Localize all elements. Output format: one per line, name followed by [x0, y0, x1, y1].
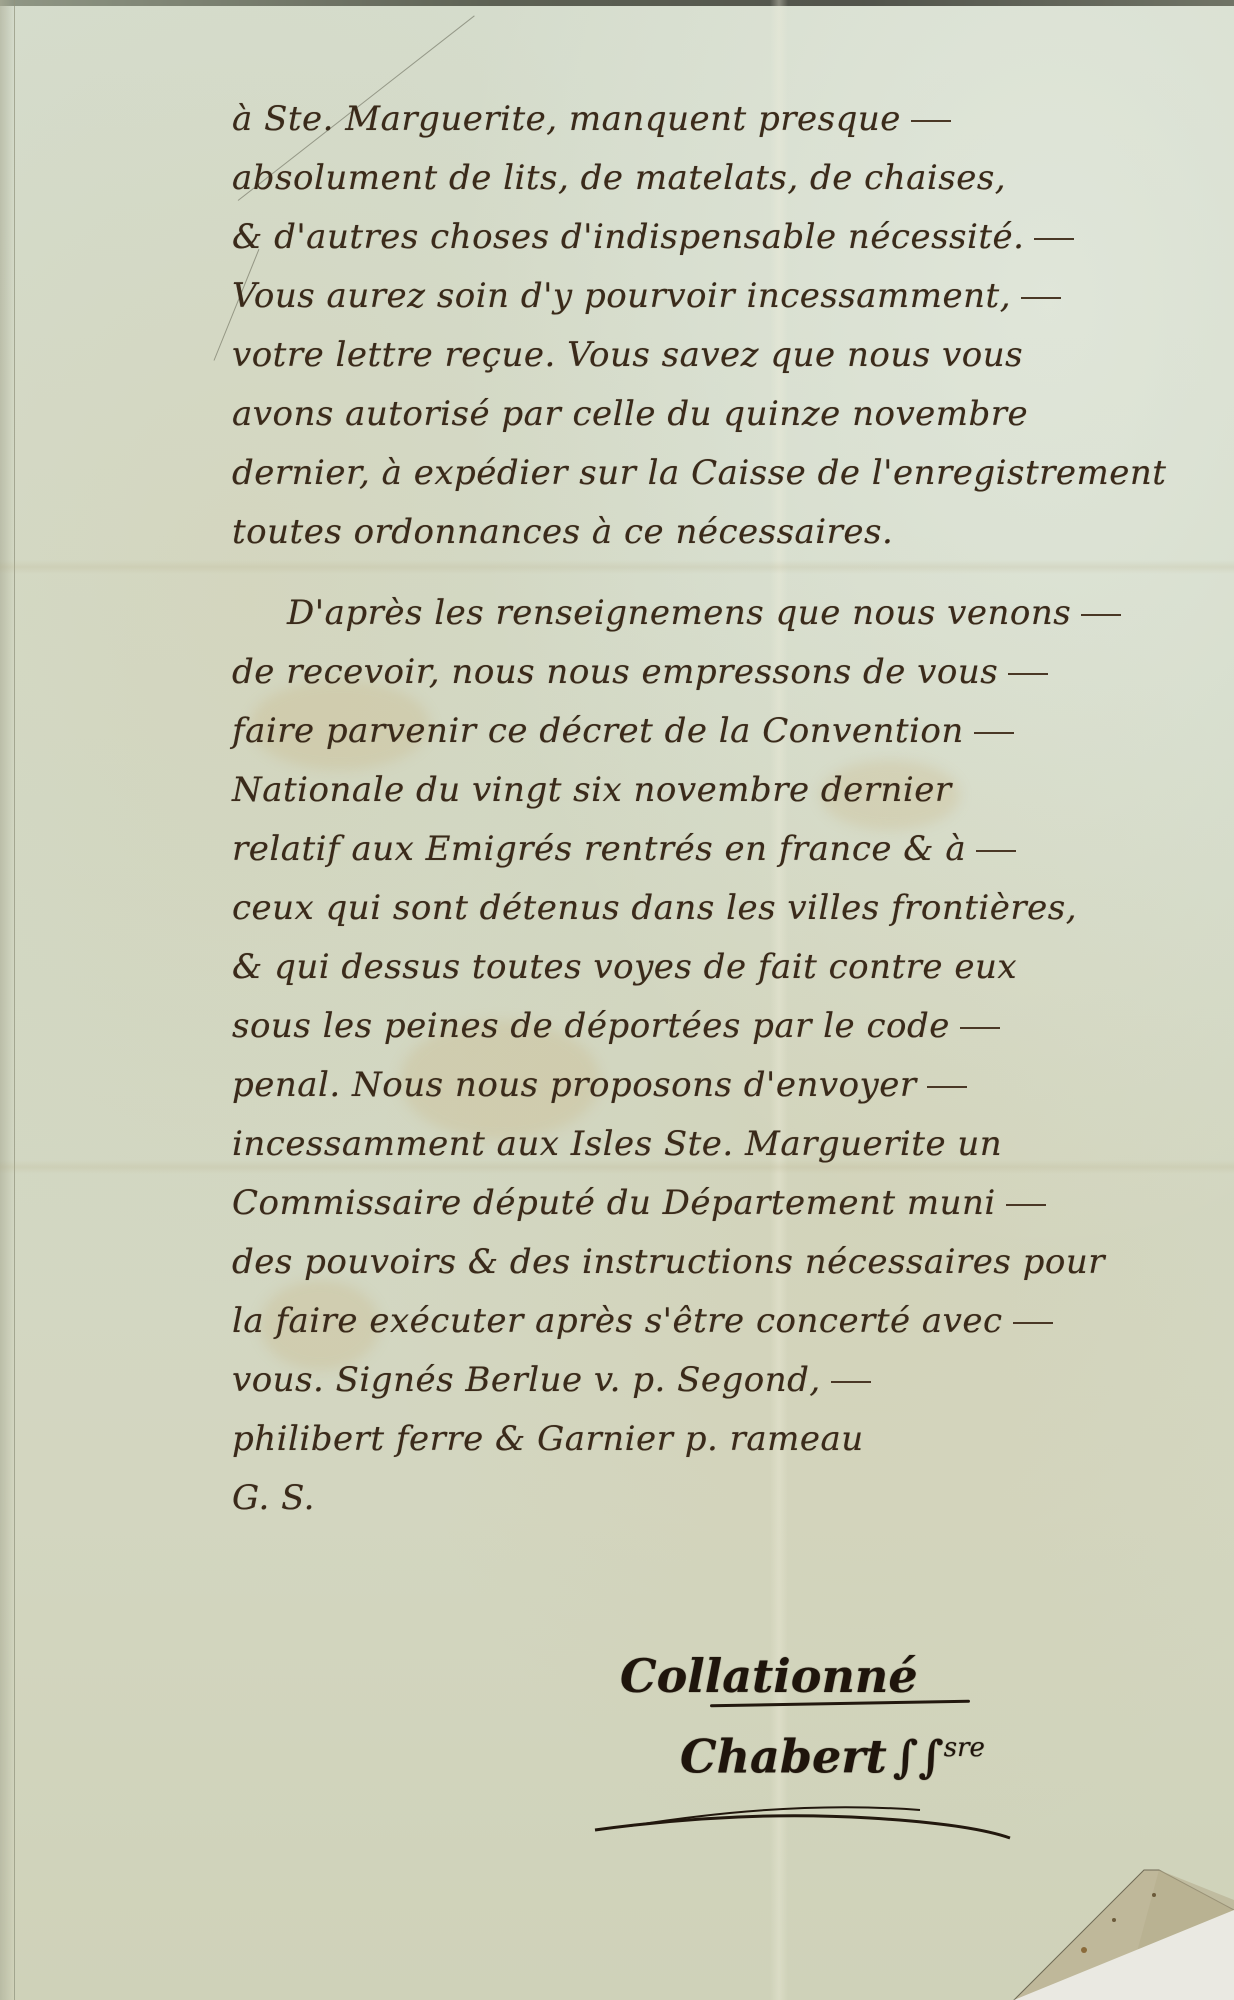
letter-line: relatif aux Emigrés rentrés en france & …	[232, 820, 1217, 879]
document-page: à Ste. Marguerite, manquent presque abso…	[0, 0, 1234, 2000]
letter-line: Commissaire député du Département muni	[232, 1174, 1217, 1233]
signature-name: Chabert	[680, 1729, 887, 1783]
letter-line: dernier, à expédier sur la Caisse de l'e…	[232, 444, 1217, 503]
letter-line: toutes ordonnances à ce nécessaires.	[232, 503, 1217, 562]
letter-line: vous. Signés Berlue v. p. Segond,	[232, 1351, 1217, 1410]
letter-line: faire parvenir ce décret de la Conventio…	[232, 702, 1217, 761]
letter-line: des pouvoirs & des instructions nécessai…	[232, 1233, 1217, 1292]
letter-line: ceux qui sont détenus dans les villes fr…	[232, 879, 1217, 938]
letter-line: & qui dessus toutes voyes de fait contre…	[232, 938, 1217, 997]
letter-line: sous les peines de déportées par le code	[232, 997, 1217, 1056]
letter-body: à Ste. Marguerite, manquent presque abso…	[232, 90, 1217, 1528]
letter-line: D'après les renseignemens que nous venon…	[232, 584, 1217, 643]
letter-line: la faire exécuter après s'être concerté …	[232, 1292, 1217, 1351]
letter-line: votre lettre reçue. Vous savez que nous …	[232, 326, 1217, 385]
letter-line: à Ste. Marguerite, manquent presque	[232, 90, 1217, 149]
letter-line: & d'autres choses d'indispensable nécess…	[232, 208, 1217, 267]
letter-line: G. S.	[232, 1469, 1217, 1528]
letter-line: penal. Nous nous proposons d'envoyer	[232, 1056, 1217, 1115]
letter-line: de recevoir, nous nous empressons de vou…	[232, 643, 1217, 702]
letter-line: philibert ferre & Garnier p. rameau	[232, 1410, 1217, 1469]
letter-line: Vous aurez soin d'y pourvoir incessammen…	[232, 267, 1217, 326]
letter-line: avons autorisé par celle du quinze novem…	[232, 385, 1217, 444]
letter-line: absolument de lits, de matelats, de chai…	[232, 149, 1217, 208]
page-top-edge	[0, 0, 1234, 6]
letter-line: incessamment aux Isles Ste. Marguerite u…	[232, 1115, 1217, 1174]
page-left-edge	[0, 0, 15, 2000]
letter-line: Nationale du vingt six novembre dernier	[232, 761, 1217, 820]
signature-suffix: sre	[944, 1733, 985, 1763]
folded-corner	[974, 1760, 1234, 2000]
